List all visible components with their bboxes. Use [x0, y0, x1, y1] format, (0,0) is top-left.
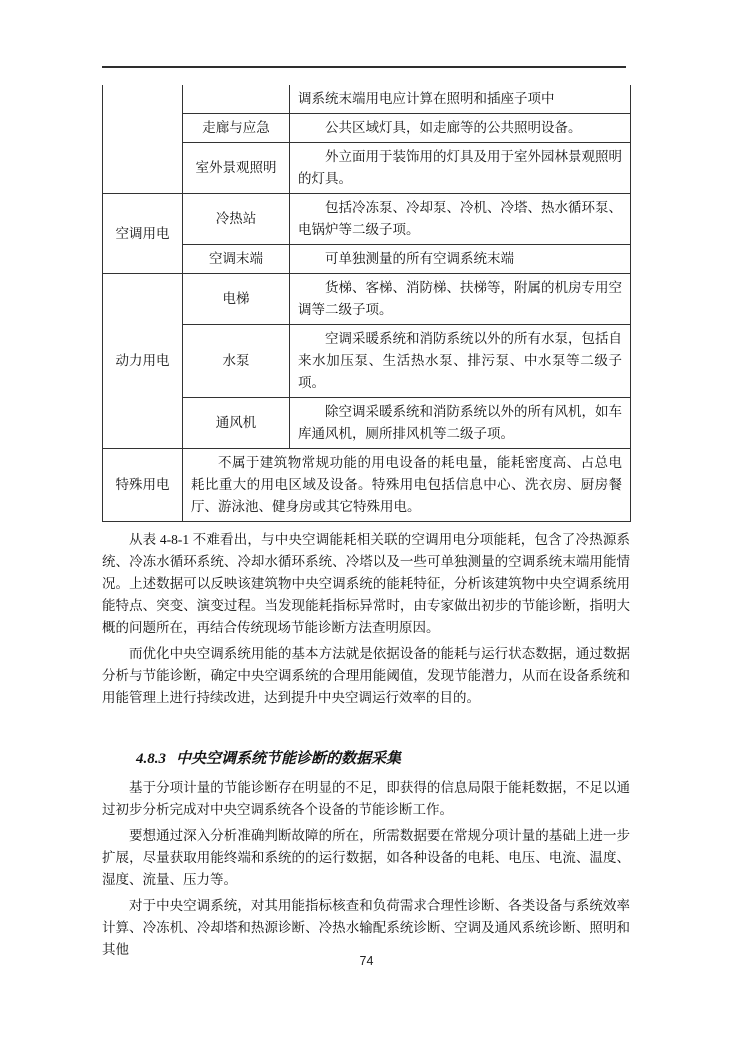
description-cell-special: 不属于建筑物常规功能的用电设备的耗电量，能耗密度高、占总电耗比重大的用电区域及设…: [183, 449, 631, 522]
description-cell: 可单独测量的所有空调系统末端: [290, 245, 631, 274]
table-row-ventilation-fan: 通风机 除空调采暖系统和消防系统以外的所有风机，如车库通风机，厕所排风机等二级子…: [103, 398, 631, 449]
category-cell-lighting: [103, 85, 183, 194]
table-row-water-pump: 水泵 空调采暖系统和消防系统以外的所有水泵，包括自来水加压泵、生活热水泵、排污泵…: [103, 325, 631, 398]
category-cell-hvac-power: 空调用电: [103, 194, 183, 274]
paragraph-analysis-2: 而优化中央空调系统用能的基本方法就是依据设备的能耗与运行状态数据，通过数据分析与…: [102, 643, 630, 709]
table-row-lighting-continuation: 调系统末端用电应计算在照明和插座子项中: [103, 85, 631, 114]
page-number: 74: [0, 954, 733, 968]
subcategory-cell: 空调末端: [183, 245, 290, 274]
subcategory-cell: 室外景观照明: [183, 143, 290, 194]
table-row-ac-terminal: 空调末端 可单独测量的所有空调系统末端: [103, 245, 631, 274]
description-cell: 公共区域灯具，如走廊等的公共照明设备。: [290, 114, 631, 143]
category-cell-motive-power: 动力用电: [103, 274, 183, 449]
table-row-cooling-heating-station: 空调用电 冷热站 包括冷冻泵、冷却泵、冷机、冷塔、热水循环泵、电锅炉等二级子项。: [103, 194, 631, 245]
paragraph-data-collection-3: 对于中央空调系统，对其用能指标核查和负荷需求合理性诊断、各类设备与系统效率计算、…: [102, 895, 630, 961]
subcategory-cell: 冷热站: [183, 194, 290, 245]
subcategory-cell: 通风机: [183, 398, 290, 449]
energy-category-table: 调系统末端用电应计算在照明和插座子项中 走廊与应急 公共区域灯具，如走廊等的公共…: [102, 85, 631, 522]
paragraph-data-collection-1: 基于分项计量的节能诊断存在明显的不足，即获得的信息局限于能耗数据，不足以通过初步…: [102, 777, 630, 821]
section-number: 4.8.3: [136, 751, 166, 767]
document-page: 调系统末端用电应计算在照明和插座子项中 走廊与应急 公共区域灯具，如走廊等的公共…: [0, 0, 733, 1037]
category-cell-special-power: 特殊用电: [103, 449, 183, 522]
description-cell: 空调采暖系统和消防系统以外的所有水泵，包括自来水加压泵、生活热水泵、排污泵、中水…: [290, 325, 631, 398]
paragraph-analysis-1: 从表 4-8-1 不难看出，与中央空调能耗相关联的空调用电分项能耗，包含了冷热源…: [102, 529, 630, 639]
description-cell: 调系统末端用电应计算在照明和插座子项中: [290, 85, 631, 114]
section-title: 中央空调系统节能诊断的数据采集: [176, 751, 401, 767]
description-cell: 除空调采暖系统和消防系统以外的所有风机，如车库通风机，厕所排风机等二级子项。: [290, 398, 631, 449]
section-heading-4-8-3: 4.8.3中央空调系统节能诊断的数据采集: [102, 749, 630, 770]
page-content: 调系统末端用电应计算在照明和插座子项中 走廊与应急 公共区域灯具，如走廊等的公共…: [102, 85, 630, 961]
description-cell: 货梯、客梯、消防梯、扶梯等，附属的机房专用空调等二级子项。: [290, 274, 631, 325]
table-row-corridor-emergency: 走廊与应急 公共区域灯具，如走廊等的公共照明设备。: [103, 114, 631, 143]
subcategory-cell: 电梯: [183, 274, 290, 325]
subcategory-cell: 水泵: [183, 325, 290, 398]
paragraph-data-collection-2: 要想通过深入分析准确判断故障的所在，所需数据要在常规分项计量的基础上进一步扩展，…: [102, 825, 630, 891]
table-row-special-power: 特殊用电 不属于建筑物常规功能的用电设备的耗电量，能耗密度高、占总电耗比重大的用…: [103, 449, 631, 522]
subcategory-cell: 走廊与应急: [183, 114, 290, 143]
description-cell: 外立面用于装饰用的灯具及用于室外园林景观照明的灯具。: [290, 143, 631, 194]
header-rule: [102, 66, 626, 68]
subcategory-cell-empty: [183, 85, 290, 114]
table-row-elevator: 动力用电 电梯 货梯、客梯、消防梯、扶梯等，附属的机房专用空调等二级子项。: [103, 274, 631, 325]
description-cell: 包括冷冻泵、冷却泵、冷机、冷塔、热水循环泵、电锅炉等二级子项。: [290, 194, 631, 245]
table-row-outdoor-landscape-lighting: 室外景观照明 外立面用于装饰用的灯具及用于室外园林景观照明的灯具。: [103, 143, 631, 194]
